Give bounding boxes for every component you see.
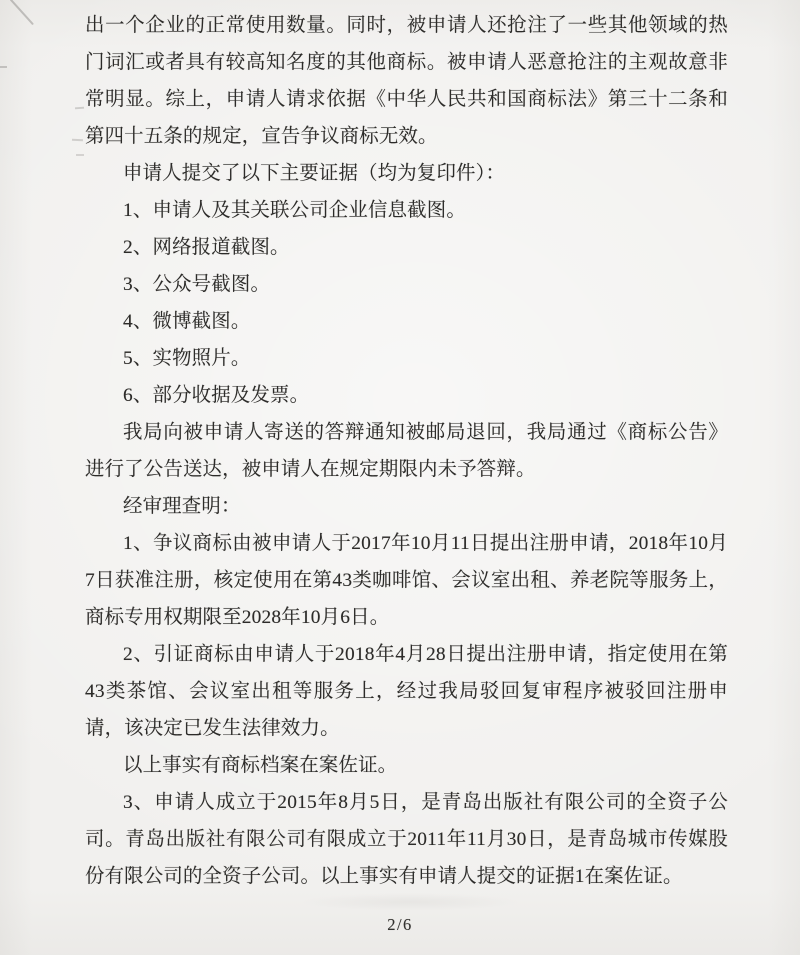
scan-edge-mark [0,66,7,68]
scan-margin-mark [75,107,84,109]
finding-item-3: 3、申请人成立于2015年8月5日，是青岛出版社有限公司的全资子公司。青岛出版社… [85,784,728,895]
findings-heading: 经审理查明： [85,488,728,525]
finding-item-1: 1、争议商标由被申请人于2017年10月11日提出注册申请，2018年10月7日… [85,525,728,636]
document-body: 出一个企业的正常使用数量。同时，被申请人还抢注了一些其他领域的热门词汇或者具有较… [85,7,728,895]
document-paragraph-continuation: 出一个企业的正常使用数量。同时，被申请人还抢注了一些其他领域的热门词汇或者具有较… [85,7,728,155]
scan-scratch-mark [10,0,34,25]
scanned-document-page: { "page": { "footer": "2/6" }, "colors":… [0,0,800,955]
scan-margin-mark [76,154,84,156]
scan-smudge [300,893,520,911]
evidence-list-intro: 申请人提交了以下主要证据（均为复印件）： [85,155,728,192]
evidence-item-2: 2、网络报道截图。 [85,229,728,266]
evidence-item-6: 6、部分收据及发票。 [85,377,728,414]
page-number: 2/6 [0,915,800,935]
finding-item-2: 2、引证商标由申请人于2018年4月28日提出注册申请，指定使用在第43类茶馆、… [85,636,728,747]
evidence-item-1: 1、申请人及其关联公司企业信息截图。 [85,192,728,229]
evidence-item-3: 3、公众号截图。 [85,266,728,303]
evidence-item-4: 4、微博截图。 [85,303,728,340]
scan-margin-mark [72,139,83,141]
document-paragraph-evidence-note: 以上事实有商标档案在案佐证。 [85,747,728,784]
evidence-item-5: 5、实物照片。 [85,340,728,377]
document-paragraph-service-notice: 我局向被申请人寄送的答辩通知被邮局退回，我局通过《商标公告》进行了公告送达，被申… [85,414,728,488]
